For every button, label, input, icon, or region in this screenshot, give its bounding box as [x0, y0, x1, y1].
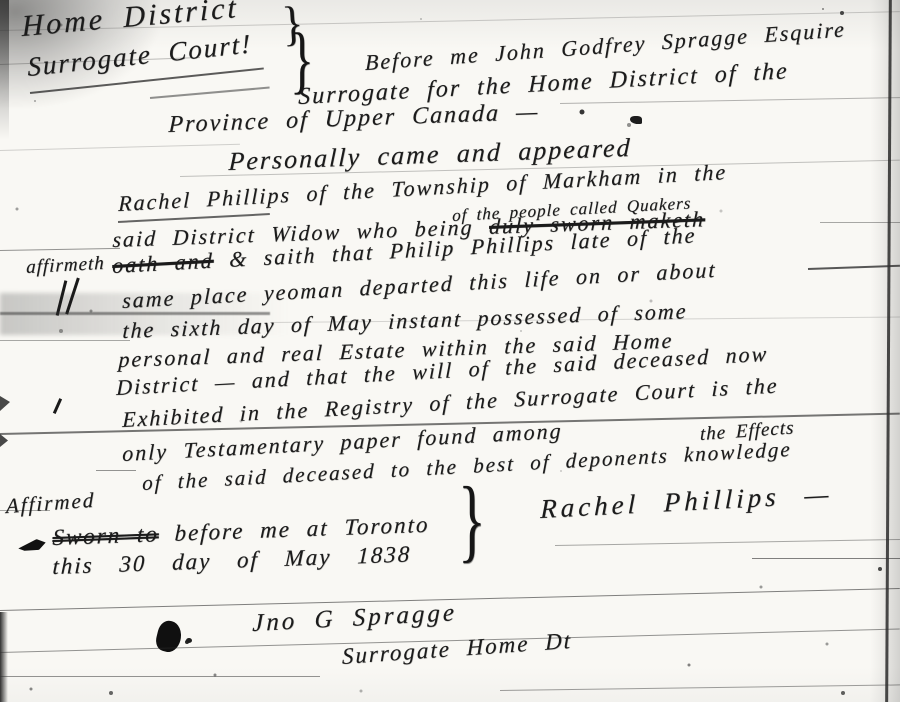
scan-edge-mark [0, 612, 8, 702]
ruled-line [0, 676, 320, 677]
jurat-struck-text: Sworn to [52, 521, 159, 550]
curly-brace: } [458, 466, 486, 573]
edge-tear-mark [0, 396, 10, 411]
ruled-line [500, 684, 900, 691]
ruled-line [0, 340, 130, 341]
ruled-line [752, 558, 900, 559]
scanned-document-page: Home District } } Surrogate Court! Befor… [0, 0, 900, 702]
ink-spot [630, 116, 642, 124]
header-underline [150, 87, 270, 99]
jurat-line-1-text: before me at Toronto [174, 512, 430, 546]
officer-title: Surrogate Home Dt [342, 628, 572, 670]
officer-signature: Jno G Spragge [252, 599, 457, 638]
ink-spot [186, 638, 192, 643]
preamble-line-3: Province of Upper Canada — [168, 99, 540, 139]
signature-underline [555, 539, 900, 546]
ruled-line [96, 470, 136, 471]
scan-edge-mark [0, 0, 9, 140]
ruled-line [560, 97, 900, 104]
edge-tear-mark [0, 434, 8, 447]
margin-note-affirmed: Affirmed [6, 488, 95, 519]
ruled-line [0, 144, 240, 151]
margin-caret-mark [17, 538, 46, 554]
ruled-line [0, 248, 120, 251]
margin-note-affirmeth: affirmeth [26, 253, 105, 279]
ink-blot [154, 619, 185, 655]
body-line-3-struck-text: oath and [112, 248, 214, 278]
stray-pen-stroke [53, 398, 62, 414]
scan-noise-specks [0, 0, 2, 2]
deponent-signature: Rachel Phillips — [540, 479, 833, 525]
ruled-line [820, 222, 900, 223]
